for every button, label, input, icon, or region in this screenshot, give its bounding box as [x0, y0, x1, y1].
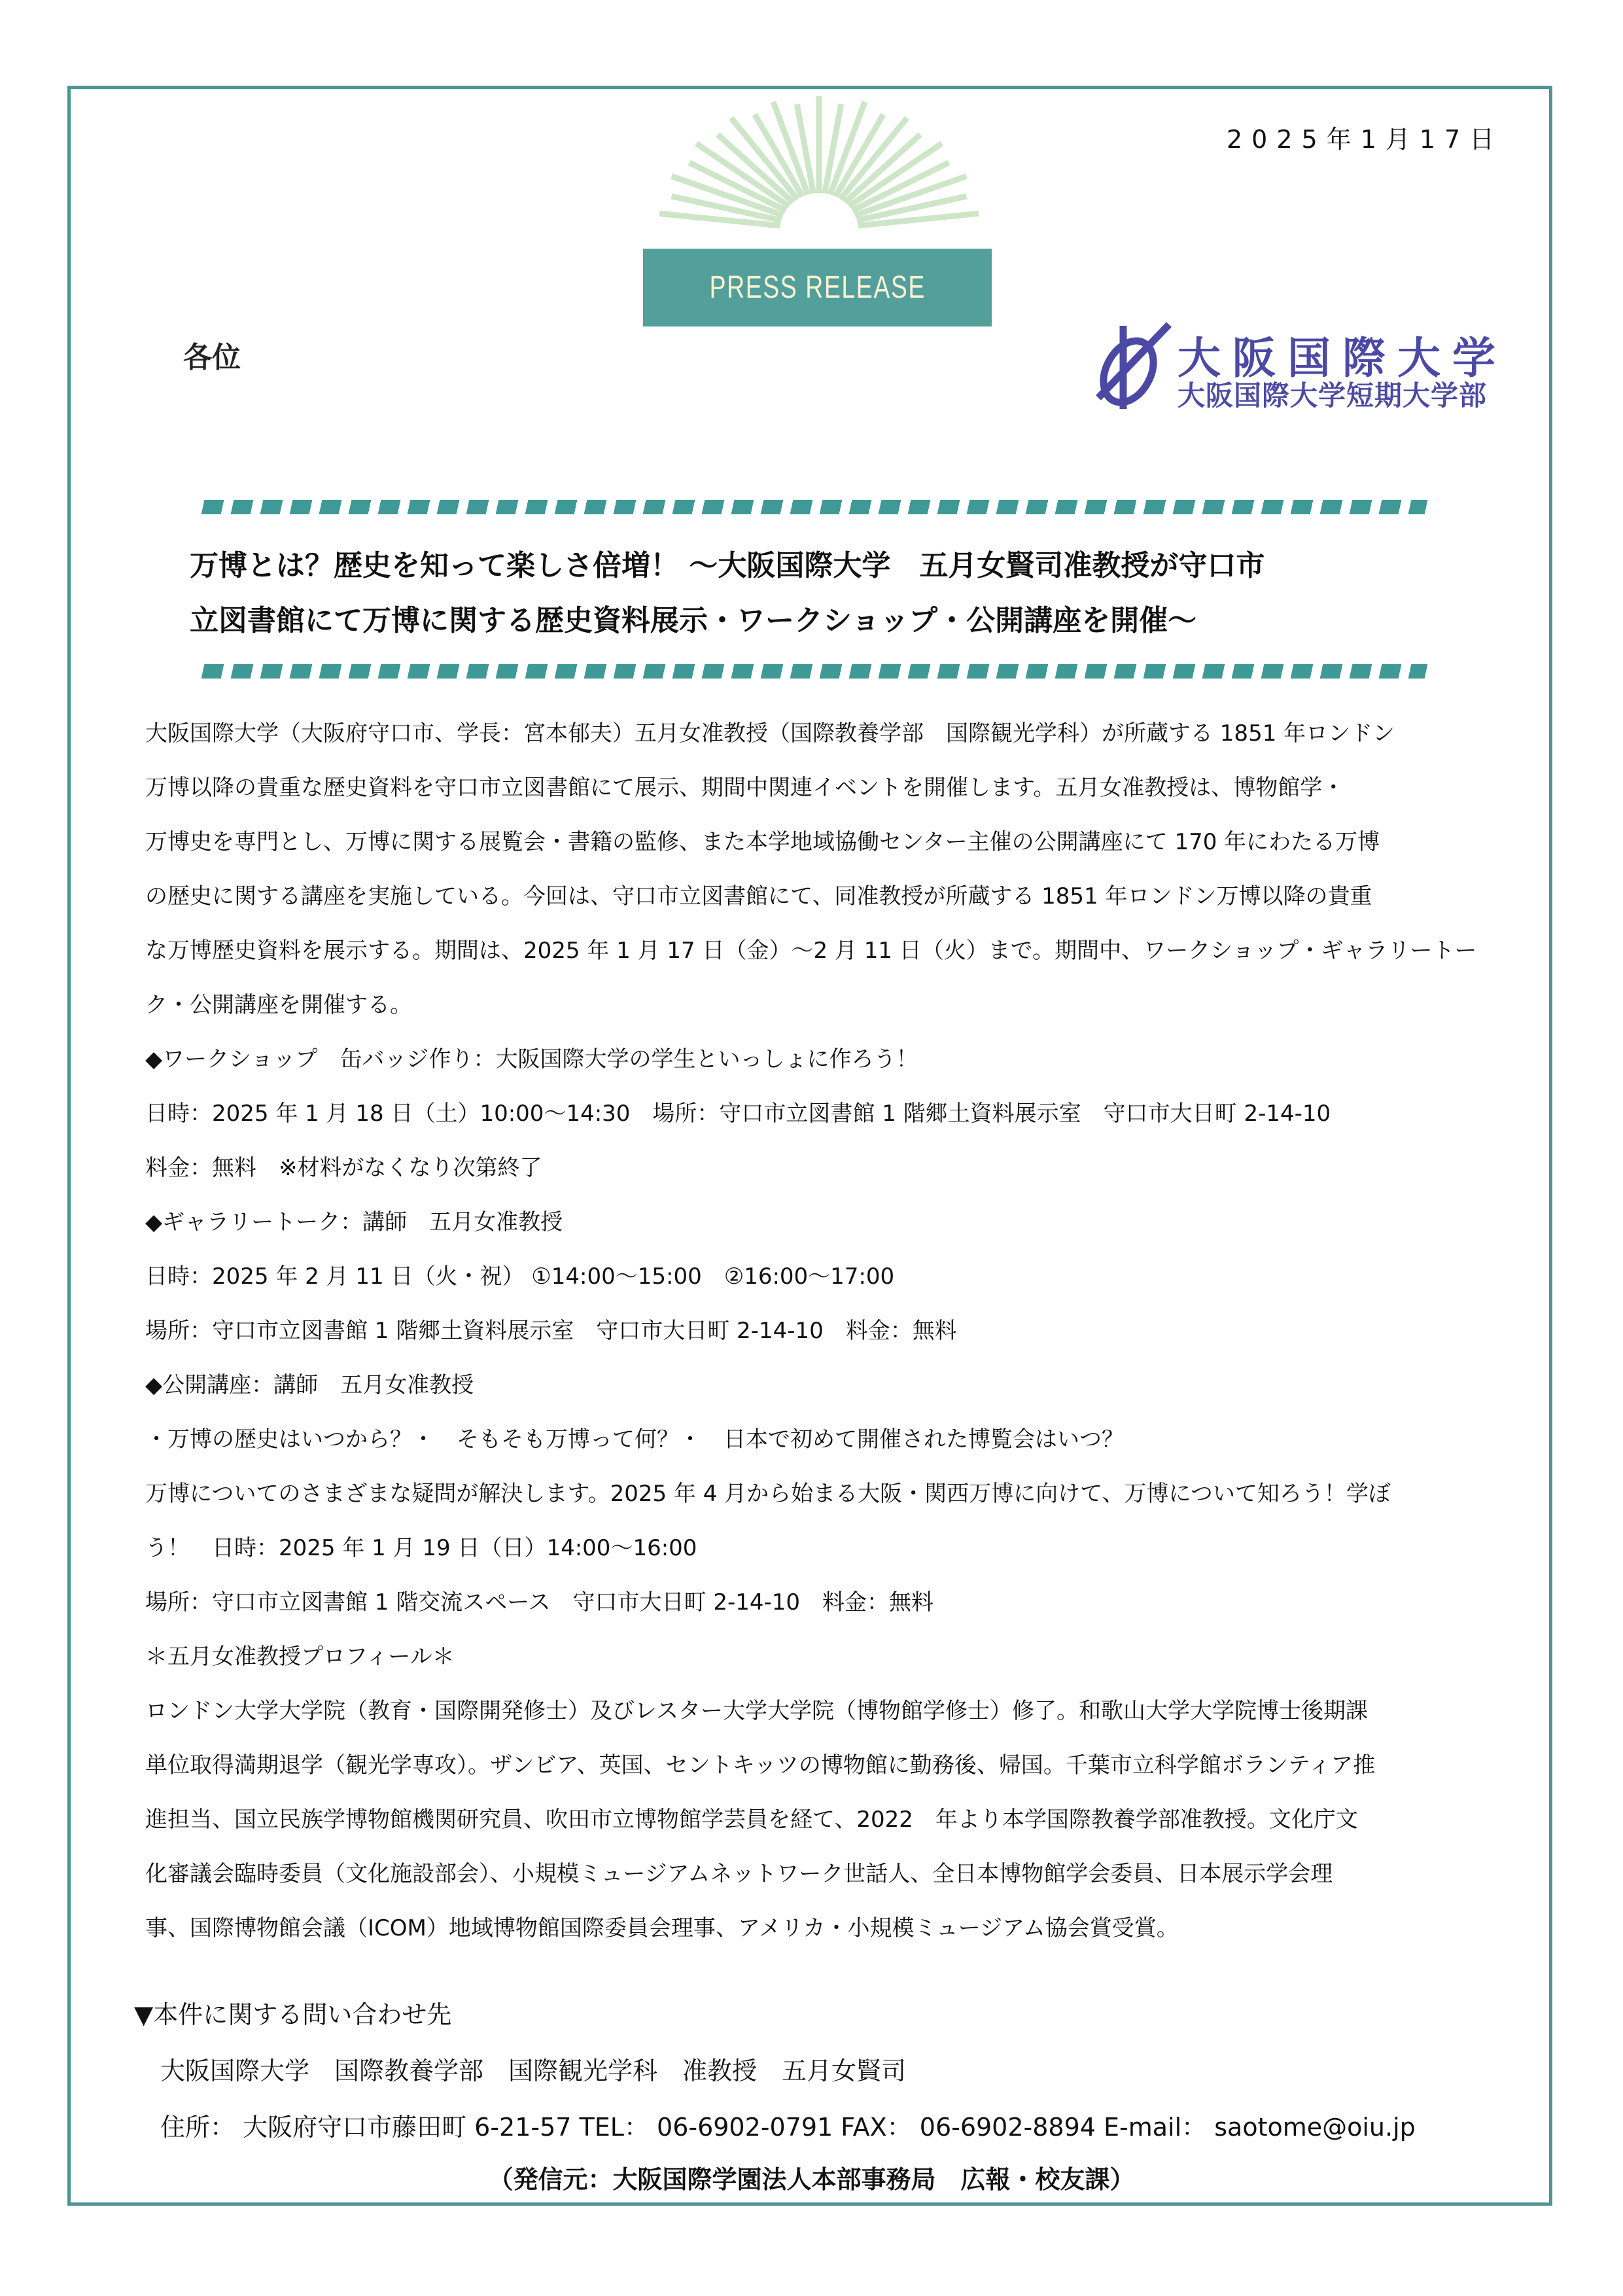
lecture-heading: ◆公開講座：講師 五月女准教授: [145, 1358, 1486, 1413]
logo-college-name: 大阪国際大学短期大学部: [1178, 374, 1487, 414]
gallery-talk-datetime: 日時：2025 年 2 月 11 日（火・祝） ①14:00～15:00 ②16…: [145, 1250, 1486, 1304]
lecture-description: 万博についてのさまざまな疑問が解決します。2025 年 4 月から始まる大阪・関…: [145, 1467, 1486, 1521]
profile-line: 進担当、国立民族学博物館機関研究員、吹田市立博物館学芸員を経て、2022 年より…: [145, 1793, 1486, 1847]
release-date: 2025年1月17日: [1227, 119, 1503, 155]
gallery-talk-heading: ◆ギャラリートーク：講師 五月女准教授: [145, 1195, 1486, 1250]
workshop-heading: ◆ワークショップ 缶バッジ作り：大阪国際大学の学生といっしょに作ろう！: [145, 1033, 1486, 1087]
lecture-place: 場所：守口市立図書館 1 階交流スペース 守口市大日町 2-14-10 料金：無…: [145, 1576, 1486, 1630]
university-logo: 大阪国際大学 大阪国際大学短期大学部: [1089, 321, 1508, 412]
intro-line: 万博以降の貴重な歴史資料を守口市立図書館にて展示、期間中関連イベントを開催します…: [145, 761, 1486, 815]
press-release-banner: PRESS RELEASE: [643, 249, 992, 327]
profile-heading: ＊五月女准教授プロフィール＊: [145, 1630, 1486, 1684]
contact-block: ▼本件に関する問い合わせ先 大阪国際大学 国際教養学部 国際観光学科 准教授 五…: [134, 1987, 1416, 2155]
lecture-datetime: う！ 日時：2025 年 1 月 19 日（日）14:00～16:00: [145, 1521, 1486, 1576]
profile-line: 事、国際博物館会議（ICOM）地域博物館国際委員会理事、アメリカ・小規模ミュージ…: [145, 1901, 1486, 1956]
sunburst-decoration-icon: [654, 92, 984, 230]
lecture-questions: ・万博の歴史はいつから？・ そもそも万博って何？・ 日本で初めて開催された博覧会…: [145, 1413, 1486, 1467]
gallery-talk-place: 場所：守口市立図書館 1 階郷土資料展示室 守口市大日町 2-14-10 料金：…: [145, 1304, 1486, 1358]
intro-line: 万博史を専門とし、万博に関する展覧会・書籍の監修、また本学地域協働センター主催の…: [145, 815, 1486, 870]
intro-line: な万博歴史資料を展示する。期間は、2025 年 1 月 17 日（金）～2 月 …: [145, 924, 1486, 978]
workshop-datetime: 日時：2025 年 1 月 18 日（土）10:00～14:30 場所：守口市立…: [145, 1087, 1486, 1141]
title-divider-bottom: [201, 664, 1428, 679]
intro-line: ク・公開講座を開催する。: [145, 978, 1486, 1033]
profile-line: ロンドン大学大学院（教育・国際開発修士）及びレスター大学大学院（博物館学修士）修…: [145, 1684, 1486, 1739]
issuer-note: （発信元：大阪国際学園法人本部事務局 広報・校友課）: [0, 2159, 1623, 2195]
oiu-logo-mark-icon: [1089, 321, 1174, 412]
workshop-fee: 料金：無料 ※材料がなくなり次第終了: [145, 1141, 1486, 1195]
headline-line-2: 立図書館にて万博に関する歴史資料展示・ワークショップ・公開講座を開催～: [190, 597, 1196, 639]
profile-line: 単位取得満期退学（観光学専攻）。ザンビア、英国、セントキッツの博物館に勤務後、帰…: [145, 1739, 1486, 1793]
contact-affiliation: 大阪国際大学 国際教養学部 国際観光学科 准教授 五月女賢司: [134, 2043, 1416, 2099]
contact-address: 住所： 大阪府守口市藤田町 6-21-57 TEL： 06-6902-0791 …: [134, 2099, 1416, 2155]
press-release-label: PRESS RELEASE: [709, 270, 925, 306]
profile-line: 化審議会臨時委員（文化施設部会）、小規模ミュージアムネットワーク世話人、全日本博…: [145, 1847, 1486, 1901]
intro-line: 大阪国際大学（大阪府守口市、学長：宮本郁夫）五月女准教授（国際教養学部 国際観光…: [145, 707, 1486, 761]
addressee: 各位: [183, 334, 241, 376]
title-divider-top: [201, 500, 1428, 514]
headline-line-1: 万博とは？歴史を知って楽しさ倍増！ ～大阪国際大学 五月女賢司准教授が守口市: [190, 542, 1265, 584]
contact-heading: ▼本件に関する問い合わせ先: [134, 1987, 1416, 2043]
press-release-body: 大阪国際大学（大阪府守口市、学長：宮本郁夫）五月女准教授（国際教養学部 国際観光…: [145, 707, 1486, 1956]
intro-line: の歴史に関する講座を実施している。今回は、守口市立図書館にて、同准教授が所蔵する…: [145, 870, 1486, 924]
